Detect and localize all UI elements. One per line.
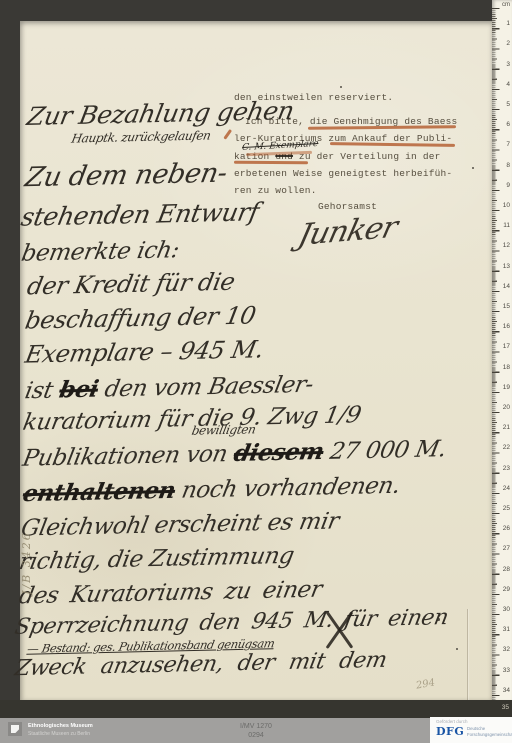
handwritten-line: beschaffung der 10 <box>23 301 258 334</box>
ruler-number: 15 <box>503 304 510 311</box>
ruler-number: 28 <box>503 567 510 574</box>
ruler-number: 30 <box>503 607 510 614</box>
ruler-number: 11 <box>503 223 510 230</box>
ruler-number: 9 <box>506 183 510 190</box>
ruler-number: 34 <box>503 688 510 695</box>
ruler-number: 18 <box>503 365 510 372</box>
ruler-number: 31 <box>503 627 510 634</box>
paper-speck <box>456 648 458 650</box>
handwritten-insertion: bewilligten <box>191 422 257 437</box>
ruler-number: 26 <box>503 526 510 533</box>
ruler-number: 17 <box>503 344 510 351</box>
ruler-number: 4 <box>506 82 510 89</box>
ruler-number: 12 <box>503 243 510 250</box>
ruler-number: 29 <box>503 587 510 594</box>
pencil-annotation-vertical: J/B 3426 <box>20 531 33 595</box>
ruler-number: 13 <box>503 264 510 271</box>
dfg-logo: DFG <box>436 725 464 738</box>
scanned-archive-page: den einstweilen reserviert. Ich bitte, d… <box>0 0 512 743</box>
ruler-number: 2 <box>506 41 510 48</box>
typed-text: zu der Verteilung in der <box>293 151 441 162</box>
ruler-number: 3 <box>506 62 510 69</box>
ruler-number: 32 <box>503 647 510 654</box>
ruler-unit-label: cm <box>502 2 510 8</box>
ruler-number: 16 <box>503 324 510 331</box>
struck-word: enthaltenen <box>21 477 178 507</box>
typed-closing: Gehorsamst <box>318 201 377 212</box>
ruler-number-on-dark: 35 <box>502 704 509 711</box>
dfg-name-line: Forschungsgemeinschaft <box>467 732 512 738</box>
funding-box: Gefördert durch DFG Deutsche Forschungsg… <box>430 717 512 743</box>
handwritten-line: Zu dem neben- <box>23 158 230 194</box>
ruler-number: 25 <box>503 506 510 513</box>
handwritten-line: der Kredit für die <box>25 268 237 301</box>
hw-text: den vom Baessler- <box>96 372 316 403</box>
funding-label: Gefördert durch <box>436 719 468 724</box>
handwritten-line: Zur Bezahlung gehen <box>25 96 297 131</box>
ruler-number: 19 <box>503 385 510 392</box>
handwritten-line: stehenden Entwurf <box>19 197 261 231</box>
ruler-number: 23 <box>503 466 510 473</box>
hw-text: ist <box>23 377 62 404</box>
hw-text: Publikationen von <box>20 441 236 472</box>
paper-speck <box>340 86 342 88</box>
paper-speck <box>472 167 474 169</box>
ruler-number: 24 <box>503 486 510 493</box>
ruler-number: 27 <box>503 546 510 553</box>
struck-word: diesem <box>232 438 327 467</box>
hw-text: noch vorhandenen. <box>173 473 403 504</box>
typed-line: ren zu wollen. <box>234 185 317 196</box>
ruler-number: 1 <box>506 21 510 28</box>
ruler-number: 14 <box>503 284 510 291</box>
archive-footer: Ethnologisches Museum Staatliche Museen … <box>0 718 512 743</box>
ruler-number: 5 <box>506 102 510 109</box>
typed-line: erbetenen Weise geneigtest herbeifüh- <box>234 168 452 179</box>
ruler-number: 33 <box>503 668 510 675</box>
hw-text: 27 000 M. <box>321 436 448 465</box>
struck-word: bei <box>57 376 101 404</box>
ruler-number: 7 <box>506 142 510 149</box>
measurement-ruler: cm 1234567891011121314151617181920212223… <box>492 0 512 702</box>
ruler-number: 20 <box>503 405 510 412</box>
handwritten-line: bemerkte ich: <box>19 237 181 267</box>
ruler-number: 21 <box>503 425 510 432</box>
ruler-number: 8 <box>506 163 510 170</box>
handwritten-line: Exemplare – 945 M. <box>23 335 266 368</box>
ruler-number: 22 <box>503 445 510 452</box>
ruler-number: 6 <box>506 122 510 129</box>
scan-backing-band <box>0 700 512 718</box>
red-underline <box>234 161 308 165</box>
ruler-number: 10 <box>503 203 510 210</box>
dfg-name: Deutsche Forschungsgemeinschaft <box>467 726 512 737</box>
